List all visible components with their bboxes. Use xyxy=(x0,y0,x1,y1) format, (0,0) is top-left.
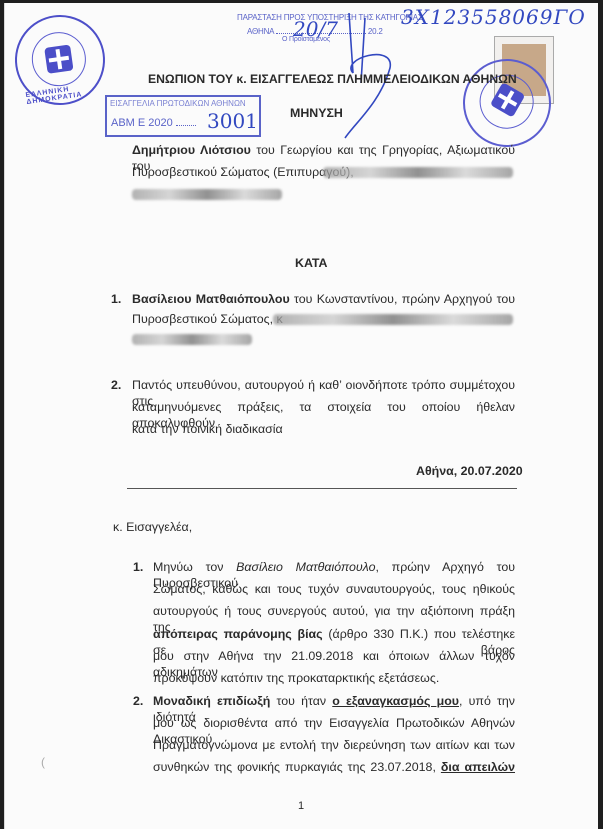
registry-stamp: ΕΙΣΑΓΓΕΛΙΑ ΠΡΩΤΟΔΙΚΩΝ ΑΘΗΝΩΝ ΑΒΜ Ε 2020 … xyxy=(105,95,261,137)
document-page: ΕΛΛΗΝΙΚΗ ΔΗΜΟΚΡΑΤΙΑ ΠΑΡΑΣΤΑΣΗ ΠΡΟΣ ΥΠΟΣΤ… xyxy=(4,3,599,829)
defendant-number: 2. xyxy=(111,377,121,393)
point-2-line-4: συνθηκών της φονικής πυρκαγιάς της 23.07… xyxy=(153,759,515,775)
point-number: 2. xyxy=(133,693,143,709)
complainant-line-2: Πυροσβεστικού Σώματος (Επιπυραγού), xyxy=(132,164,354,180)
separator-rule xyxy=(127,488,517,489)
margin-mark: ( xyxy=(41,755,45,769)
greek-emblem-icon xyxy=(44,44,73,73)
redacted-text xyxy=(323,167,513,178)
registry-number: 3001 xyxy=(207,109,258,133)
point-1-line-2: Σώματος, καθώς και τους τυχόν συναυτουργ… xyxy=(153,581,515,597)
defendant-1-line-1: Βασίλειου Ματθαιόπουλου του Κωνσταντίνου… xyxy=(132,291,515,307)
redacted-text xyxy=(273,314,513,325)
handwritten-date: 20/7 xyxy=(293,17,338,41)
document-type-title: ΜΗΝΥΣΗ xyxy=(290,105,343,121)
redacted-text xyxy=(132,189,282,200)
handwritten-reference-number: 3Χ123558069ΓΟ xyxy=(401,5,586,29)
registry-prefix: ΑΒΜ Ε 2020 xyxy=(111,117,173,129)
defendant-number: 1. xyxy=(111,291,121,307)
place-date: Αθήνα, 20.07.2020 xyxy=(416,463,523,479)
point-2-line-3: Πραγματογνώμονα με εντολή την διερεύνηση… xyxy=(153,737,515,753)
viewer-frame-edge xyxy=(598,0,603,829)
defendant-1-line-2: Πυροσβεστικού Σώματος, κ xyxy=(132,311,283,327)
page-number: 1 xyxy=(298,800,304,812)
against-heading: ΚΑΤΑ xyxy=(295,255,327,271)
defendant-2-line-3: κατά την ποινική διαδικασία xyxy=(132,421,283,437)
point-number: 1. xyxy=(133,559,143,575)
addressee-heading: ΕΝΩΠΙΟΝ ΤΟΥ κ. ΕΙΣΑΓΓΕΛΕΩΣ ΠΛΗΜΜΕΛΕΙΟΔΙΚ… xyxy=(148,71,517,87)
redacted-text xyxy=(132,334,252,345)
point-1-line-6: προκύψουν κατόπιν της προκαταρκτικής εξε… xyxy=(153,670,439,686)
left-official-seal: ΕΛΛΗΝΙΚΗ ΔΗΜΟΚΡΑΤΙΑ xyxy=(9,9,111,111)
salutation: κ. Εισαγγελέα, xyxy=(113,519,192,535)
